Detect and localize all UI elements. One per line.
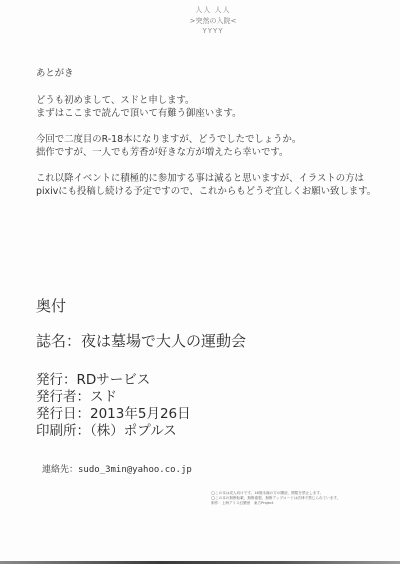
contact-email: 連絡先：sudo_3min@yahoo.co.jp (42, 462, 192, 475)
fine-print: ◯この本は成人向けです。18歳未満の方の購読、閲覧を禁止します。 ◯この本の無断… (211, 491, 371, 506)
publication-title: 誌名：夜は墓場で大人の運動会 (36, 330, 376, 352)
printer-row: 印刷所：（株）ポプルス (36, 423, 376, 440)
document-page: 人人 人人 >突然の入院< YYYY あとがき どうも初めまして、スドと申します… (0, 0, 400, 564)
author-row: 発行者：スド (36, 389, 376, 406)
afterword-paragraph: これ以降イベントに積極的に参加する事は減ると思いますが、イラストの方は pixi… (36, 172, 376, 198)
colophon-section: 奥付 誌名：夜は墓場で大人の運動会 発行：RDサービス 発行者：スド 発行日：2… (36, 296, 376, 440)
afterword-line: pixivにも投稿し続ける予定ですので、これからもどうぞ宜しくお願い致します。 (36, 185, 376, 198)
afterword-paragraph: 今回で二度目のR-18本になりますが、どうでしたでしょうか。 拙作ですが、一人で… (36, 133, 376, 159)
afterword-line: まずはここまで読んで頂いて有難う御座います。 (36, 107, 376, 120)
afterword-heading: あとがき (36, 67, 376, 80)
afterword-line: これ以降イベントに積極的に参加する事は減ると思いますが、イラストの方は (36, 172, 376, 185)
fine-print-line: 制作：上海アリス幻樂団 東方Project (211, 501, 371, 506)
header-title: >突然の入院< (176, 15, 250, 27)
ornament-bottom: YYYY (176, 27, 250, 36)
publisher-row: 発行：RDサービス (36, 372, 376, 389)
colophon-heading: 奥付 (36, 296, 376, 316)
header-ornament: 人人 人人 >突然の入院< YYYY (176, 6, 250, 42)
issue-date-row: 発行日：2013年5月26日 (36, 406, 376, 423)
afterword-paragraph: どうも初めまして、スドと申します。 まずはここまで読んで頂いて有難う御座います。 (36, 94, 376, 120)
afterword-line: 拙作ですが、一人でも芳香が好きな方が増えたら幸いです。 (36, 146, 376, 159)
afterword-line: どうも初めまして、スドと申します。 (36, 94, 376, 107)
afterword-section: あとがき どうも初めまして、スドと申します。 まずはここまで読んで頂いて有難う御… (36, 67, 376, 211)
ornament-top: 人人 人人 (176, 6, 250, 15)
colophon-details: 発行：RDサービス 発行者：スド 発行日：2013年5月26日 印刷所：（株）ポ… (36, 372, 376, 440)
afterword-line: 今回で二度目のR-18本になりますが、どうでしたでしょうか。 (36, 133, 376, 146)
